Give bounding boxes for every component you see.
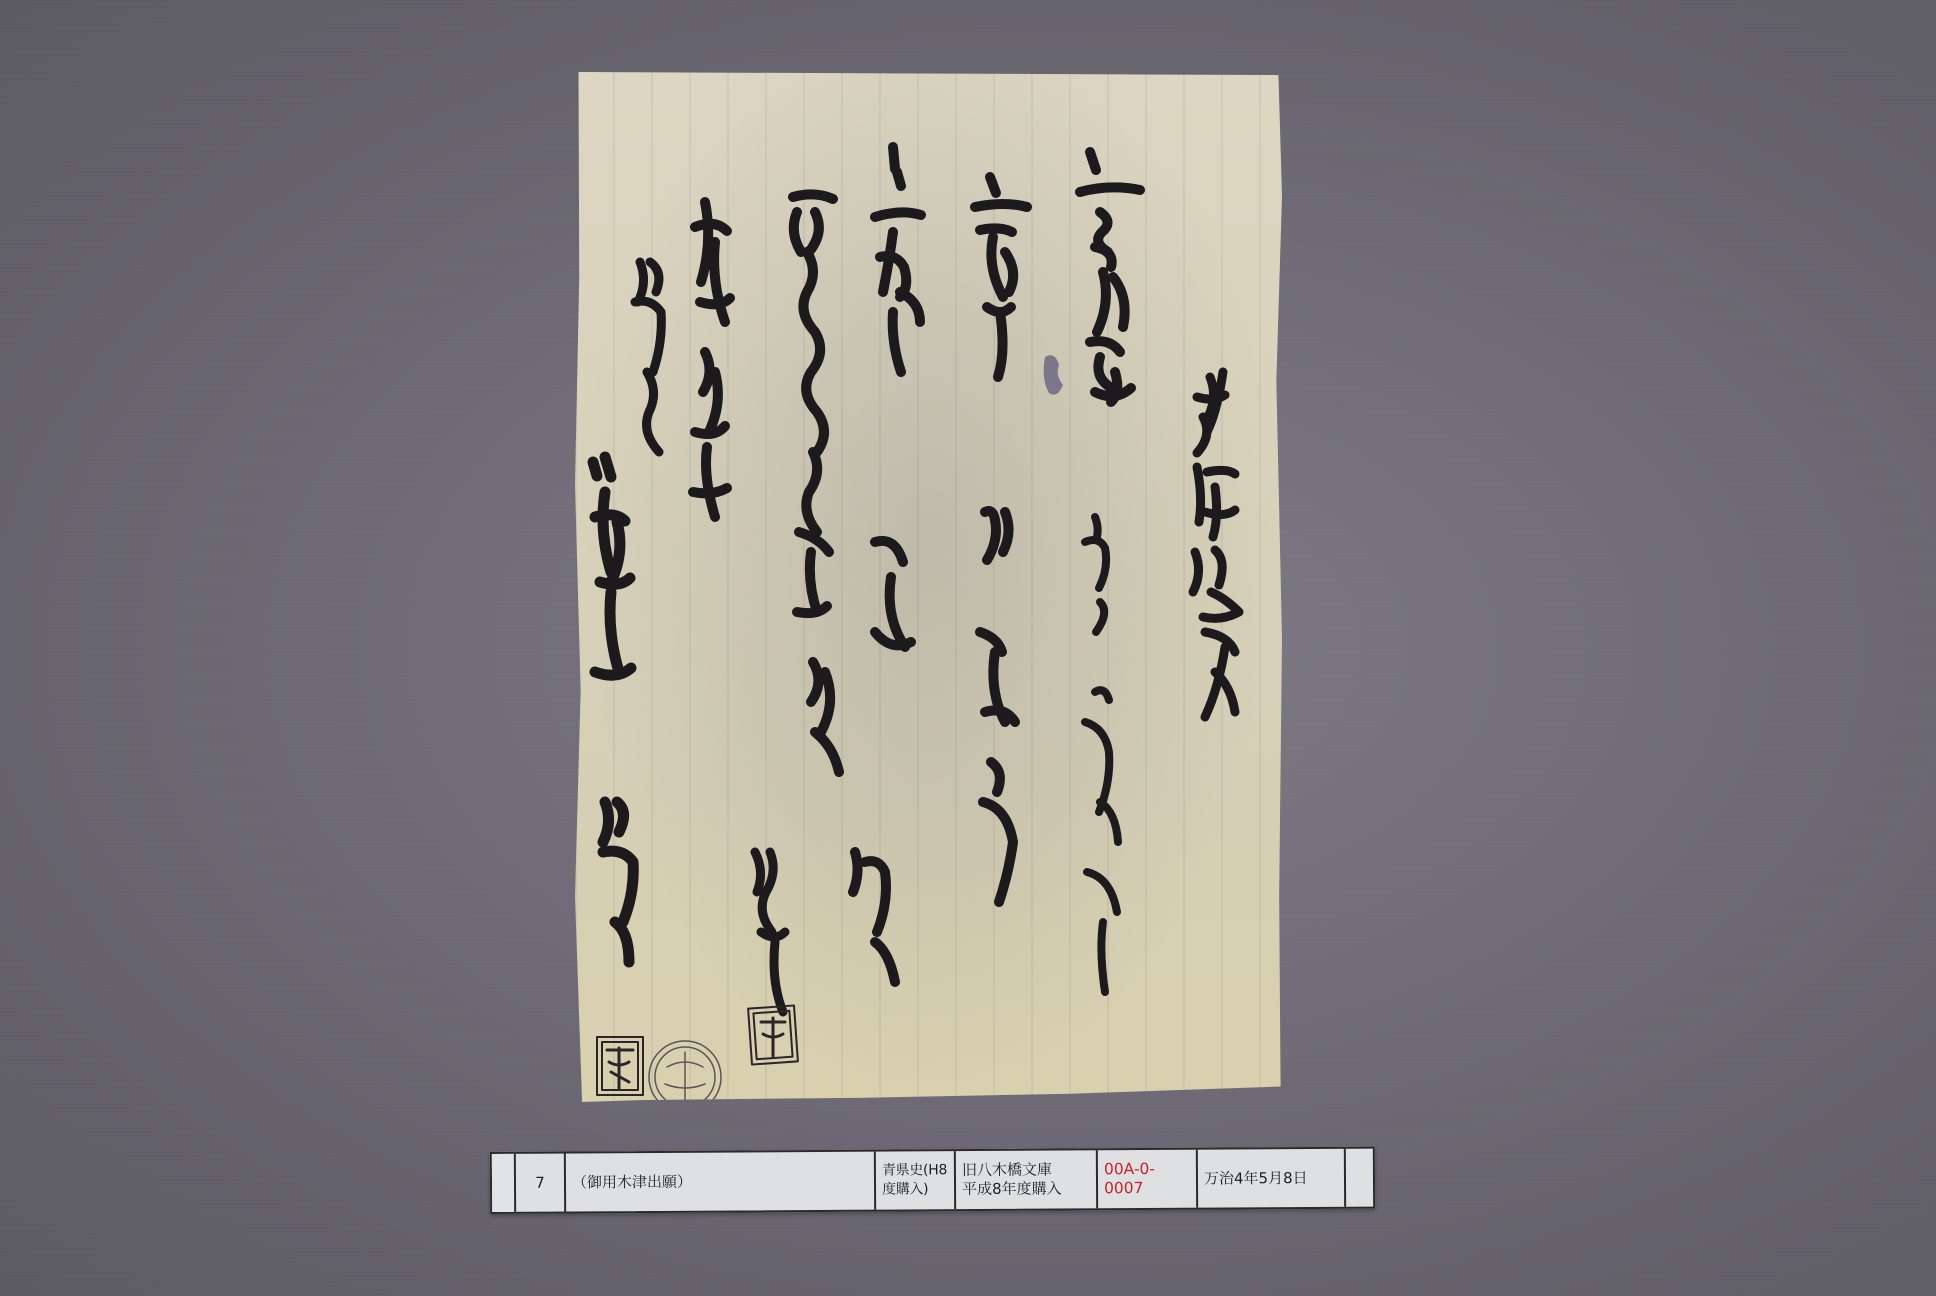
calligraphy-column-1 (1193, 372, 1239, 717)
calligraphy-column-3 (975, 177, 1027, 902)
round-seal (649, 1041, 721, 1102)
label-blank-right-cell (1346, 1149, 1373, 1207)
calligraphy-column-7 (635, 262, 661, 452)
calligraphy-column-2b (1085, 517, 1118, 992)
square-seal-right (748, 1005, 798, 1064)
calligraphy-column-4 (853, 147, 921, 982)
label-blank-left-cell (492, 1154, 516, 1212)
label-collection-line2: 平成8年度購入 (962, 1180, 1062, 1200)
catalog-label-strip: 7 （御用木津出願） 青県史(H8 度購入) 旧八木橋文庫 平成8年度購入 00… (490, 1147, 1375, 1214)
label-item-number: 7 (516, 1154, 566, 1212)
label-collection-line1: 旧八木橋文庫 (962, 1161, 1062, 1181)
label-source-line1: 青県史(H8 (882, 1161, 947, 1180)
label-source-line2: 度購入) (882, 1180, 947, 1199)
label-collection-cell: 旧八木橋文庫 平成8年度購入 (956, 1150, 1098, 1209)
calligraphy-column-5 (793, 194, 839, 772)
paper-hole (1044, 355, 1063, 395)
label-source-cell: 青県史(H8 度購入) (876, 1151, 956, 1209)
calligraphy-column-6 (693, 202, 730, 517)
label-date: 万治4年5月8日 (1198, 1149, 1346, 1208)
calligraphy-column-5b (755, 852, 785, 1012)
square-seal-left (597, 1037, 643, 1095)
label-catalog-code: 00A-0-0007 (1098, 1150, 1198, 1209)
calligraphy-column-8 (593, 457, 633, 962)
calligraphy-column-2 (1080, 152, 1140, 402)
manuscript-document (575, 72, 1282, 1102)
label-document-title: （御用木津出願） (566, 1152, 876, 1212)
calligraphy-strokes (575, 72, 1282, 1102)
